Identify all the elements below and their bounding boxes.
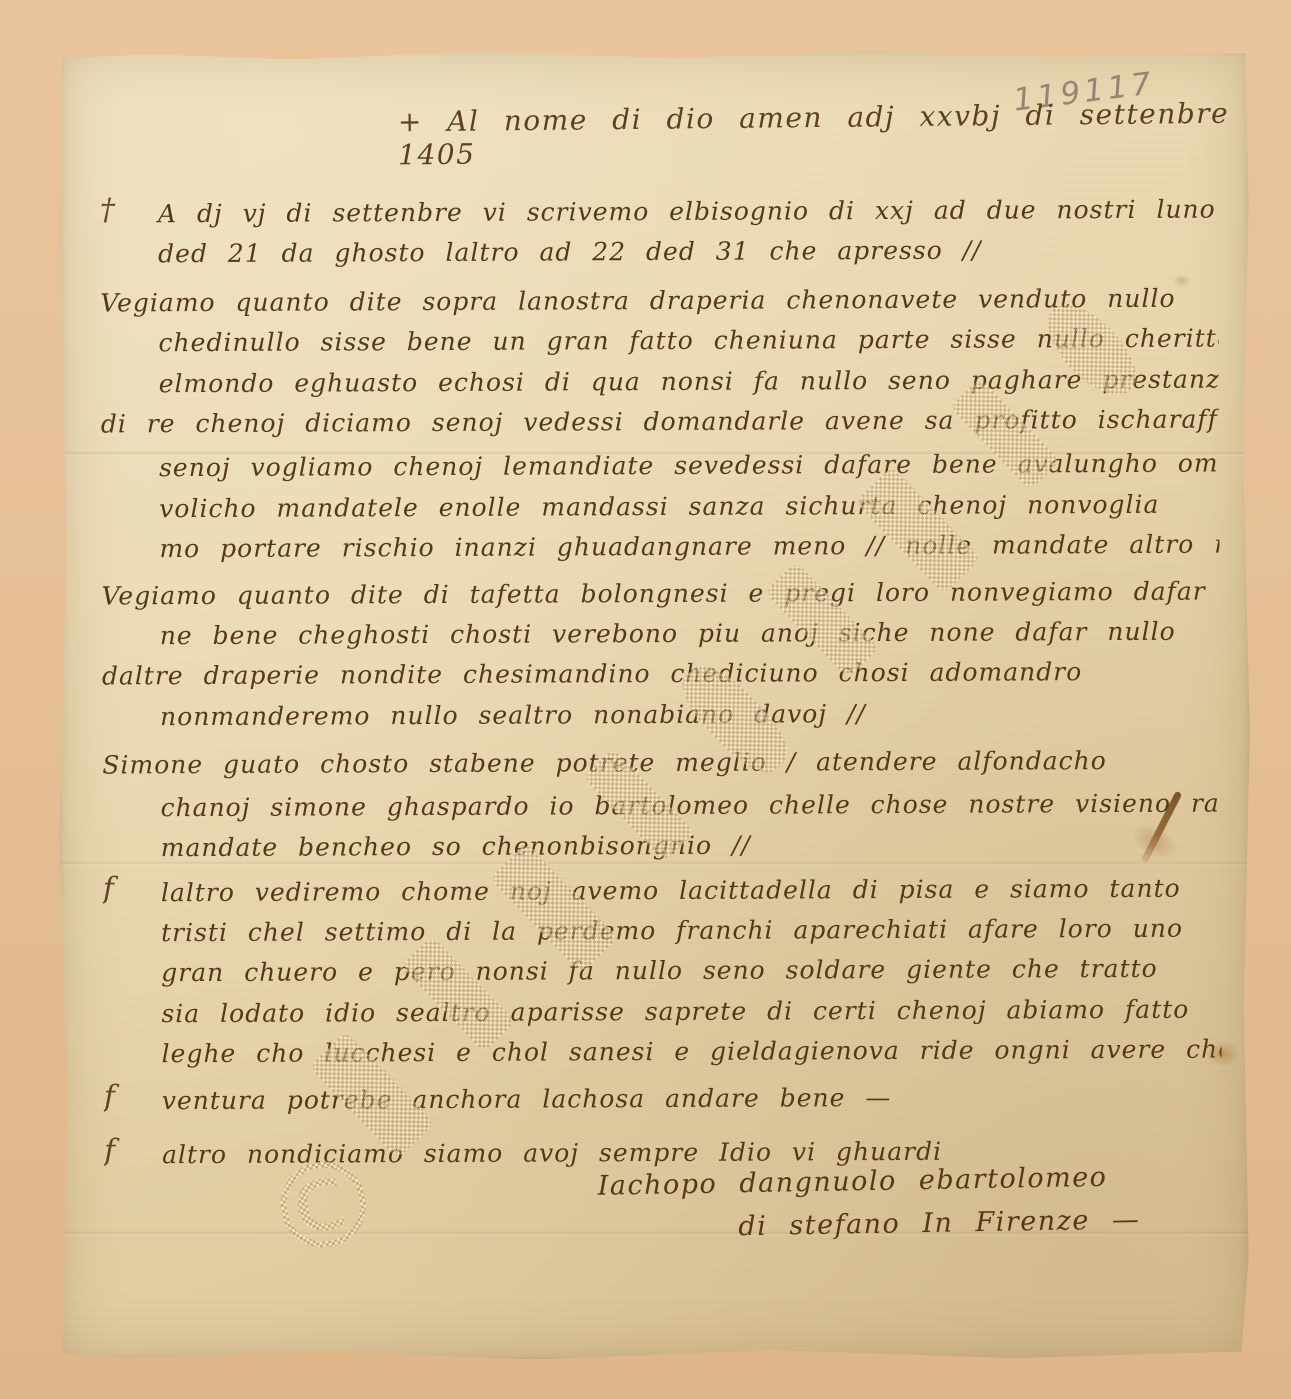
line-text: elmondo eghuasto echosi di qua nonsi fa …	[159, 364, 1219, 398]
letter-line: ne bene cheghosti chosti verebono piu an…	[102, 612, 1220, 657]
letter-line: ƒlaltro vediremo chome noj avemo lacitta…	[103, 868, 1221, 913]
line-text: gran chuero e pero nonsi fa nullo seno s…	[161, 954, 1158, 987]
line-text: sia lodato idio sealtro aparisse saprete…	[161, 994, 1189, 1027]
dateline-header: + Al nome di dio amen adj xxvbj di sette…	[398, 97, 1239, 172]
paragraph-mark: ƒ	[104, 1077, 116, 1117]
letter-line: tristi chel settimo di la perdemo franch…	[103, 908, 1221, 953]
letter-line: daltre draperie nondite chesimandino che…	[102, 652, 1220, 697]
manuscript-paper: 119117 + Al nome di dio amen adj xxvbj d…	[57, 45, 1251, 1362]
line-text: di re chenoj diciamo senoj vedessi doman…	[101, 405, 1219, 439]
letter-line: gran chuero e pero nonsi fa nullo seno s…	[103, 949, 1221, 994]
letter-line: sia lodato idio sealtro aparisse saprete…	[103, 989, 1221, 1034]
letter-line: leghe cho lucchesi e chol sanesi e gield…	[104, 1030, 1222, 1075]
line-text: daltre draperie nondite chesimandino che…	[102, 658, 1082, 691]
letter-line: Simone guato chosto stabene potrete megl…	[102, 741, 1220, 786]
line-text: mo portare rischio inanzi ghuadangnare m…	[159, 529, 1219, 563]
paragraph-mark: †	[100, 190, 116, 230]
letter-line: ƒventura potrebe anchora lachosa andare …	[104, 1076, 1222, 1121]
line-text: ded 21 da ghosto laltro ad 22 ded 31 che…	[158, 236, 982, 269]
signature-line: di stefano In Firenze —	[738, 1204, 1141, 1242]
paper-stain	[1173, 274, 1191, 288]
letter-line: di re chenoj diciamo senoj vedessi doman…	[101, 400, 1219, 445]
letter-line: Vegiamo quanto dite di tafetta bolongnes…	[102, 571, 1220, 616]
line-text: volicho mandatele enolle mandassi sanza …	[159, 490, 1159, 523]
paragraph-mark: ƒ	[103, 869, 115, 909]
line-text: ventura potrebe anchora lachosa andare b…	[162, 1083, 892, 1115]
line-text: A dj vj di settenbre vi scrivemo elbisog…	[158, 194, 1218, 228]
line-text: chanoj simone ghaspardo io bartolomeo ch…	[160, 788, 1220, 822]
line-text: Vegiamo quanto dite di tafetta bolongnes…	[102, 576, 1206, 610]
line-text: senoj vogliamo chenoj lemandiate sevedes…	[159, 449, 1219, 483]
signature-block: Iachopo dangnuolo ebartolomeo di stefano…	[597, 1161, 1140, 1244]
letter-line: mo portare rischio inanzi ghuadangnare m…	[101, 525, 1219, 570]
paragraph-mark: ƒ	[104, 1131, 116, 1171]
letter-line: volicho mandatele enolle mandassi sanza …	[101, 484, 1219, 529]
letter-line: nonmanderemo nullo sealtro nonabiano dav…	[102, 692, 1220, 737]
letter-line: ded 21 da ghosto laltro ad 22 ded 31 che…	[100, 230, 1218, 275]
scanned-letter-page: { "palette":{ "mat_background":"#e6bf95"…	[0, 0, 1291, 1399]
line-text: Vegiamo quanto dite sopra lanostra drape…	[100, 284, 1175, 318]
letter-line: elmondo eghuasto echosi di qua nonsi fa …	[101, 359, 1219, 404]
line-text: ne bene cheghosti chosti verebono piu an…	[160, 617, 1176, 650]
line-text: laltro vediremo chome noj avemo lacittad…	[161, 873, 1181, 906]
paper-stain	[1206, 1041, 1240, 1067]
letter-line: †A dj vj di settenbre vi scrivemo elbiso…	[100, 190, 1218, 235]
line-text: tristi chel settimo di la perdemo franch…	[161, 914, 1183, 947]
